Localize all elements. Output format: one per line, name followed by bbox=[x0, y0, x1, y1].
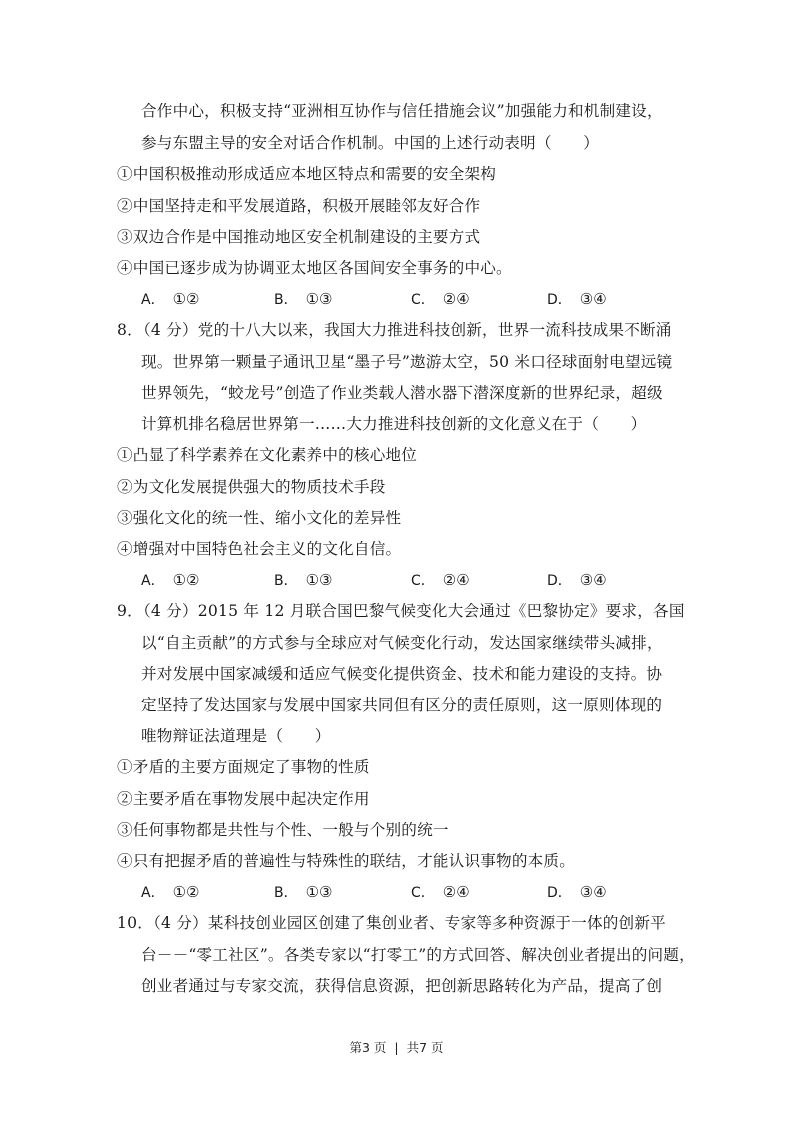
question-9-statement-3: ③任何事物都是共性与个性、一般与个别的统一 bbox=[117, 820, 449, 840]
question-8-statement-1: ①凸显了科学素养在文化素养中的核心地位 bbox=[117, 445, 417, 465]
option-label: A． bbox=[141, 292, 165, 308]
question-8-statement-3: ③强化文化的统一性、缩小文化的差异性 bbox=[117, 508, 401, 528]
exam-page: 合作中心，积极支持“亚洲相互协作与信任措施会议”加强能力和机制建设， 参与东盟主… bbox=[0, 0, 793, 1122]
question-9-text-line: 并对发展中国家减缓和适应气候变化提供资金、技术和能力建设的支持。协 bbox=[141, 664, 662, 684]
option-value: ②④ bbox=[443, 571, 470, 589]
question-7-option-b[interactable]: B．①③ bbox=[274, 289, 333, 310]
question-7-option-d[interactable]: D．③④ bbox=[547, 289, 607, 310]
question-8-option-b[interactable]: B．①③ bbox=[274, 570, 333, 591]
option-value: ③④ bbox=[580, 290, 607, 308]
option-label: C． bbox=[411, 573, 435, 589]
question-10-text-line: 台－－“零工社区”。各类专家以“打零工”的方式回答、解决创业者提出的问题， bbox=[141, 945, 695, 965]
option-value: ①② bbox=[173, 571, 200, 589]
option-label: A． bbox=[141, 885, 165, 901]
option-value: ③④ bbox=[580, 883, 607, 901]
question-9-statement-1: ①矛盾的主要方面规定了事物的性质 bbox=[117, 757, 370, 777]
option-value: ②④ bbox=[443, 290, 470, 308]
option-value: ①③ bbox=[306, 290, 333, 308]
question-7-statement-4: ④中国已逐步成为协调亚太地区各国间安全事务的中心。 bbox=[117, 258, 512, 278]
question-8-statement-2: ②为文化发展提供强大的物质技术手段 bbox=[117, 477, 386, 497]
question-7-text-line: 合作中心，积极支持“亚洲相互协作与信任措施会议”加强能力和机制建设， bbox=[141, 101, 663, 121]
question-9-text-line: 唯物辩证法道理是（ ） bbox=[141, 726, 331, 746]
question-8-text-line: 现。世界第一颗量子通讯卫星“墨子号”遨游太空，50 米口径球面射电望远镜 bbox=[141, 352, 672, 372]
page-footer: 第3 页|共7 页 bbox=[0, 1040, 793, 1056]
question-9-stem: 9．（4 分）2015 年 12 月联合国巴黎气候变化大会通过《巴黎协定》要求，… bbox=[117, 601, 685, 621]
option-label: B． bbox=[274, 573, 298, 589]
question-10-stem: 10．（4 分）某科技创业园区创建了集创业者、专家等多种资源于一体的创新平 bbox=[117, 913, 666, 933]
current-page-number: 第3 页 bbox=[349, 1040, 386, 1055]
question-7-statement-1: ①中国积极推动形成适应本地区特点和需要的安全架构 bbox=[117, 164, 496, 184]
question-8-option-d[interactable]: D．③④ bbox=[547, 570, 607, 591]
question-9-option-b[interactable]: B．①③ bbox=[274, 882, 333, 903]
question-9-option-a[interactable]: A．①② bbox=[141, 882, 199, 903]
question-7-statement-2: ②中国坚持走和平发展道路，积极开展睦邻友好合作 bbox=[117, 196, 480, 216]
option-value: ③④ bbox=[580, 571, 607, 589]
option-value: ①② bbox=[173, 883, 200, 901]
footer-separator: | bbox=[394, 1040, 398, 1055]
question-7-options: A．①② B．①③ C．②④ D．③④ bbox=[0, 289, 793, 309]
question-7-option-a[interactable]: A．①② bbox=[141, 289, 199, 310]
question-9-option-c[interactable]: C．②④ bbox=[411, 882, 470, 903]
question-9-text-line: 以“自主贡献”的方式参与全球应对气候变化行动，发达国家继续带头减排， bbox=[141, 633, 663, 653]
option-label: B． bbox=[274, 292, 298, 308]
option-label: B． bbox=[274, 885, 298, 901]
option-label: D． bbox=[547, 292, 572, 308]
question-8-options: A．①② B．①③ C．②④ D．③④ bbox=[0, 570, 793, 590]
option-label: C． bbox=[411, 292, 435, 308]
option-label: D． bbox=[547, 885, 572, 901]
question-8-text-line: 世界领先，“蛟龙号”创造了作业类载人潜水器下潜深度新的世界纪录，超级 bbox=[141, 383, 663, 403]
option-value: ②④ bbox=[443, 883, 470, 901]
question-7-option-c[interactable]: C．②④ bbox=[411, 289, 470, 310]
question-10-text-line: 创业者通过与专家交流，获得信息资源，把创新思路转化为产品，提高了创 bbox=[141, 976, 662, 996]
option-value: ①③ bbox=[306, 571, 333, 589]
question-8-option-c[interactable]: C．②④ bbox=[411, 570, 470, 591]
option-value: ①③ bbox=[306, 883, 333, 901]
question-9-statement-4: ④只有把握矛盾的普遍性与特殊性的联结，才能认识事物的本质。 bbox=[117, 851, 575, 871]
option-value: ①② bbox=[173, 290, 200, 308]
option-label: A． bbox=[141, 573, 165, 589]
question-7-text-line: 参与东盟主导的安全对话合作机制。中国的上述行动表明（ ） bbox=[141, 133, 599, 153]
question-9-text-line: 定坚持了发达国家与发展中国家共同但有区分的责任原则，这一原则体现的 bbox=[141, 695, 662, 715]
question-9-statement-2: ②主要矛盾在事物发展中起决定作用 bbox=[117, 789, 370, 809]
question-9-option-d[interactable]: D．③④ bbox=[547, 882, 607, 903]
total-page-count: 共7 页 bbox=[407, 1040, 444, 1055]
question-9-options: A．①② B．①③ C．②④ D．③④ bbox=[0, 882, 793, 902]
question-8-stem: 8．（4 分）党的十八大以来，我国大力推进科技创新，世界一流科技成果不断涌 bbox=[117, 320, 672, 340]
question-8-statement-4: ④增强对中国特色社会主义的文化自信。 bbox=[117, 539, 401, 559]
question-8-text-line: 计算机排名稳居世界第一……大力推进科技创新的文化意义在于（ ） bbox=[141, 414, 646, 434]
question-8-option-a[interactable]: A．①② bbox=[141, 570, 199, 591]
option-label: C． bbox=[411, 885, 435, 901]
option-label: D． bbox=[547, 573, 572, 589]
question-7-statement-3: ③双边合作是中国推动地区安全机制建设的主要方式 bbox=[117, 227, 480, 247]
